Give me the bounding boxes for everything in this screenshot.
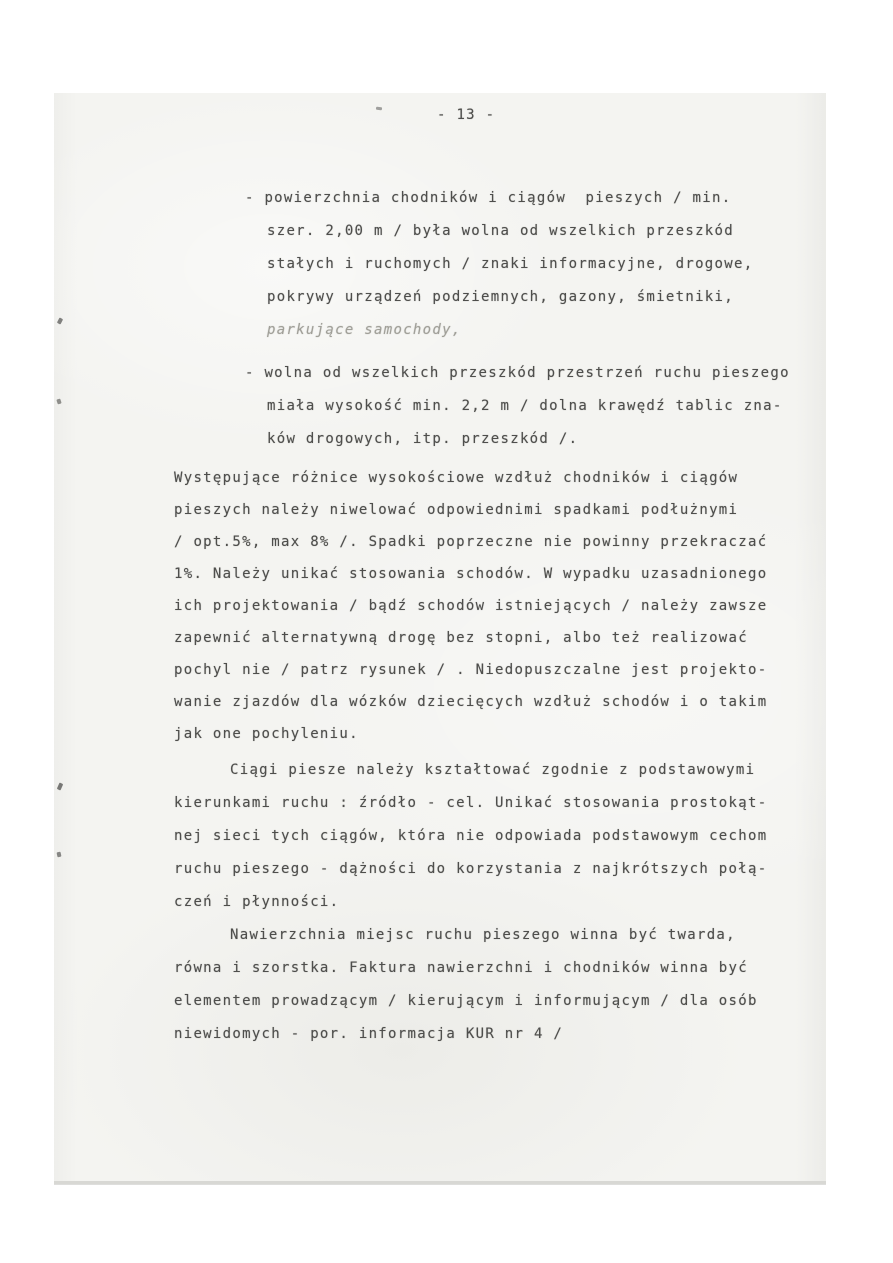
text-line: / opt.5%, max 8% /. Spadki poprzeczne ni… [174,534,767,550]
text-line: elementem prowadzącym / kierującym i inf… [174,993,758,1009]
text-line: szer. 2,00 m / była wolna od wszelkich p… [267,223,734,239]
text-line: ich projektowania / bądź schodów istniej… [174,598,767,614]
ink-speck [56,399,61,405]
text-line: pochyl nie / patrz rysunek / . Niedopusz… [174,662,767,678]
text-line: - powierzchnia chodników i ciągów pieszy… [245,190,731,206]
text-line: zapewnić alternatywną drogę bez stopni, … [174,630,748,646]
text-line: stałych i ruchomych / znaki informacyjne… [267,256,753,272]
text-line: Występujące różnice wysokościowe wzdłuż … [174,470,738,486]
text-line: kierunkami ruchu : źródło - cel. Unikać … [174,795,767,811]
text-line: pokrywy urządzeń podziemnych, gazony, śm… [267,289,734,305]
text-line: ruchu pieszego - dążności do korzystania… [174,861,767,877]
text-line: czeń i płynności. [174,894,339,910]
ink-speck [57,317,63,324]
text-line: jak one pochyleniu. [174,726,359,742]
text-line: nej sieci tych ciągów, która nie odpowia… [174,828,767,844]
ink-speck [376,107,382,111]
text-line-faded: parkujące samochody, [267,322,462,338]
text-line: wanie zjazdów dla wózków dziecięcych wzd… [174,694,767,710]
scanned-paper-sheet: - 13 - - powierzchnia chodników i ciągów… [54,93,826,1184]
text-line: Ciągi piesze należy kształtować zgodnie … [230,762,755,778]
text-line: 1%. Należy unikać stosowania schodów. W … [174,566,767,582]
text-line: - wolna od wszelkich przeszkód przestrze… [245,365,790,381]
text-line: Nawierzchnia miejsc ruchu pieszego winna… [230,927,736,943]
text-line: niewidomych - por. informacja KUR nr 4 / [174,1026,563,1042]
text-line: ków drogowych, itp. przeszkód /. [267,431,578,447]
text-line: pieszych należy niwelować odpowiednimi s… [174,502,738,518]
text-line: miała wysokość min. 2,2 m / dolna krawęd… [267,398,783,414]
text-line: równa i szorstka. Faktura nawierzchni i … [174,960,748,976]
page-number: - 13 - [437,107,495,123]
scanned-page-background: - 13 - - powierzchnia chodników i ciągów… [0,0,893,1263]
ink-speck [57,852,62,858]
ink-speck [57,782,64,790]
